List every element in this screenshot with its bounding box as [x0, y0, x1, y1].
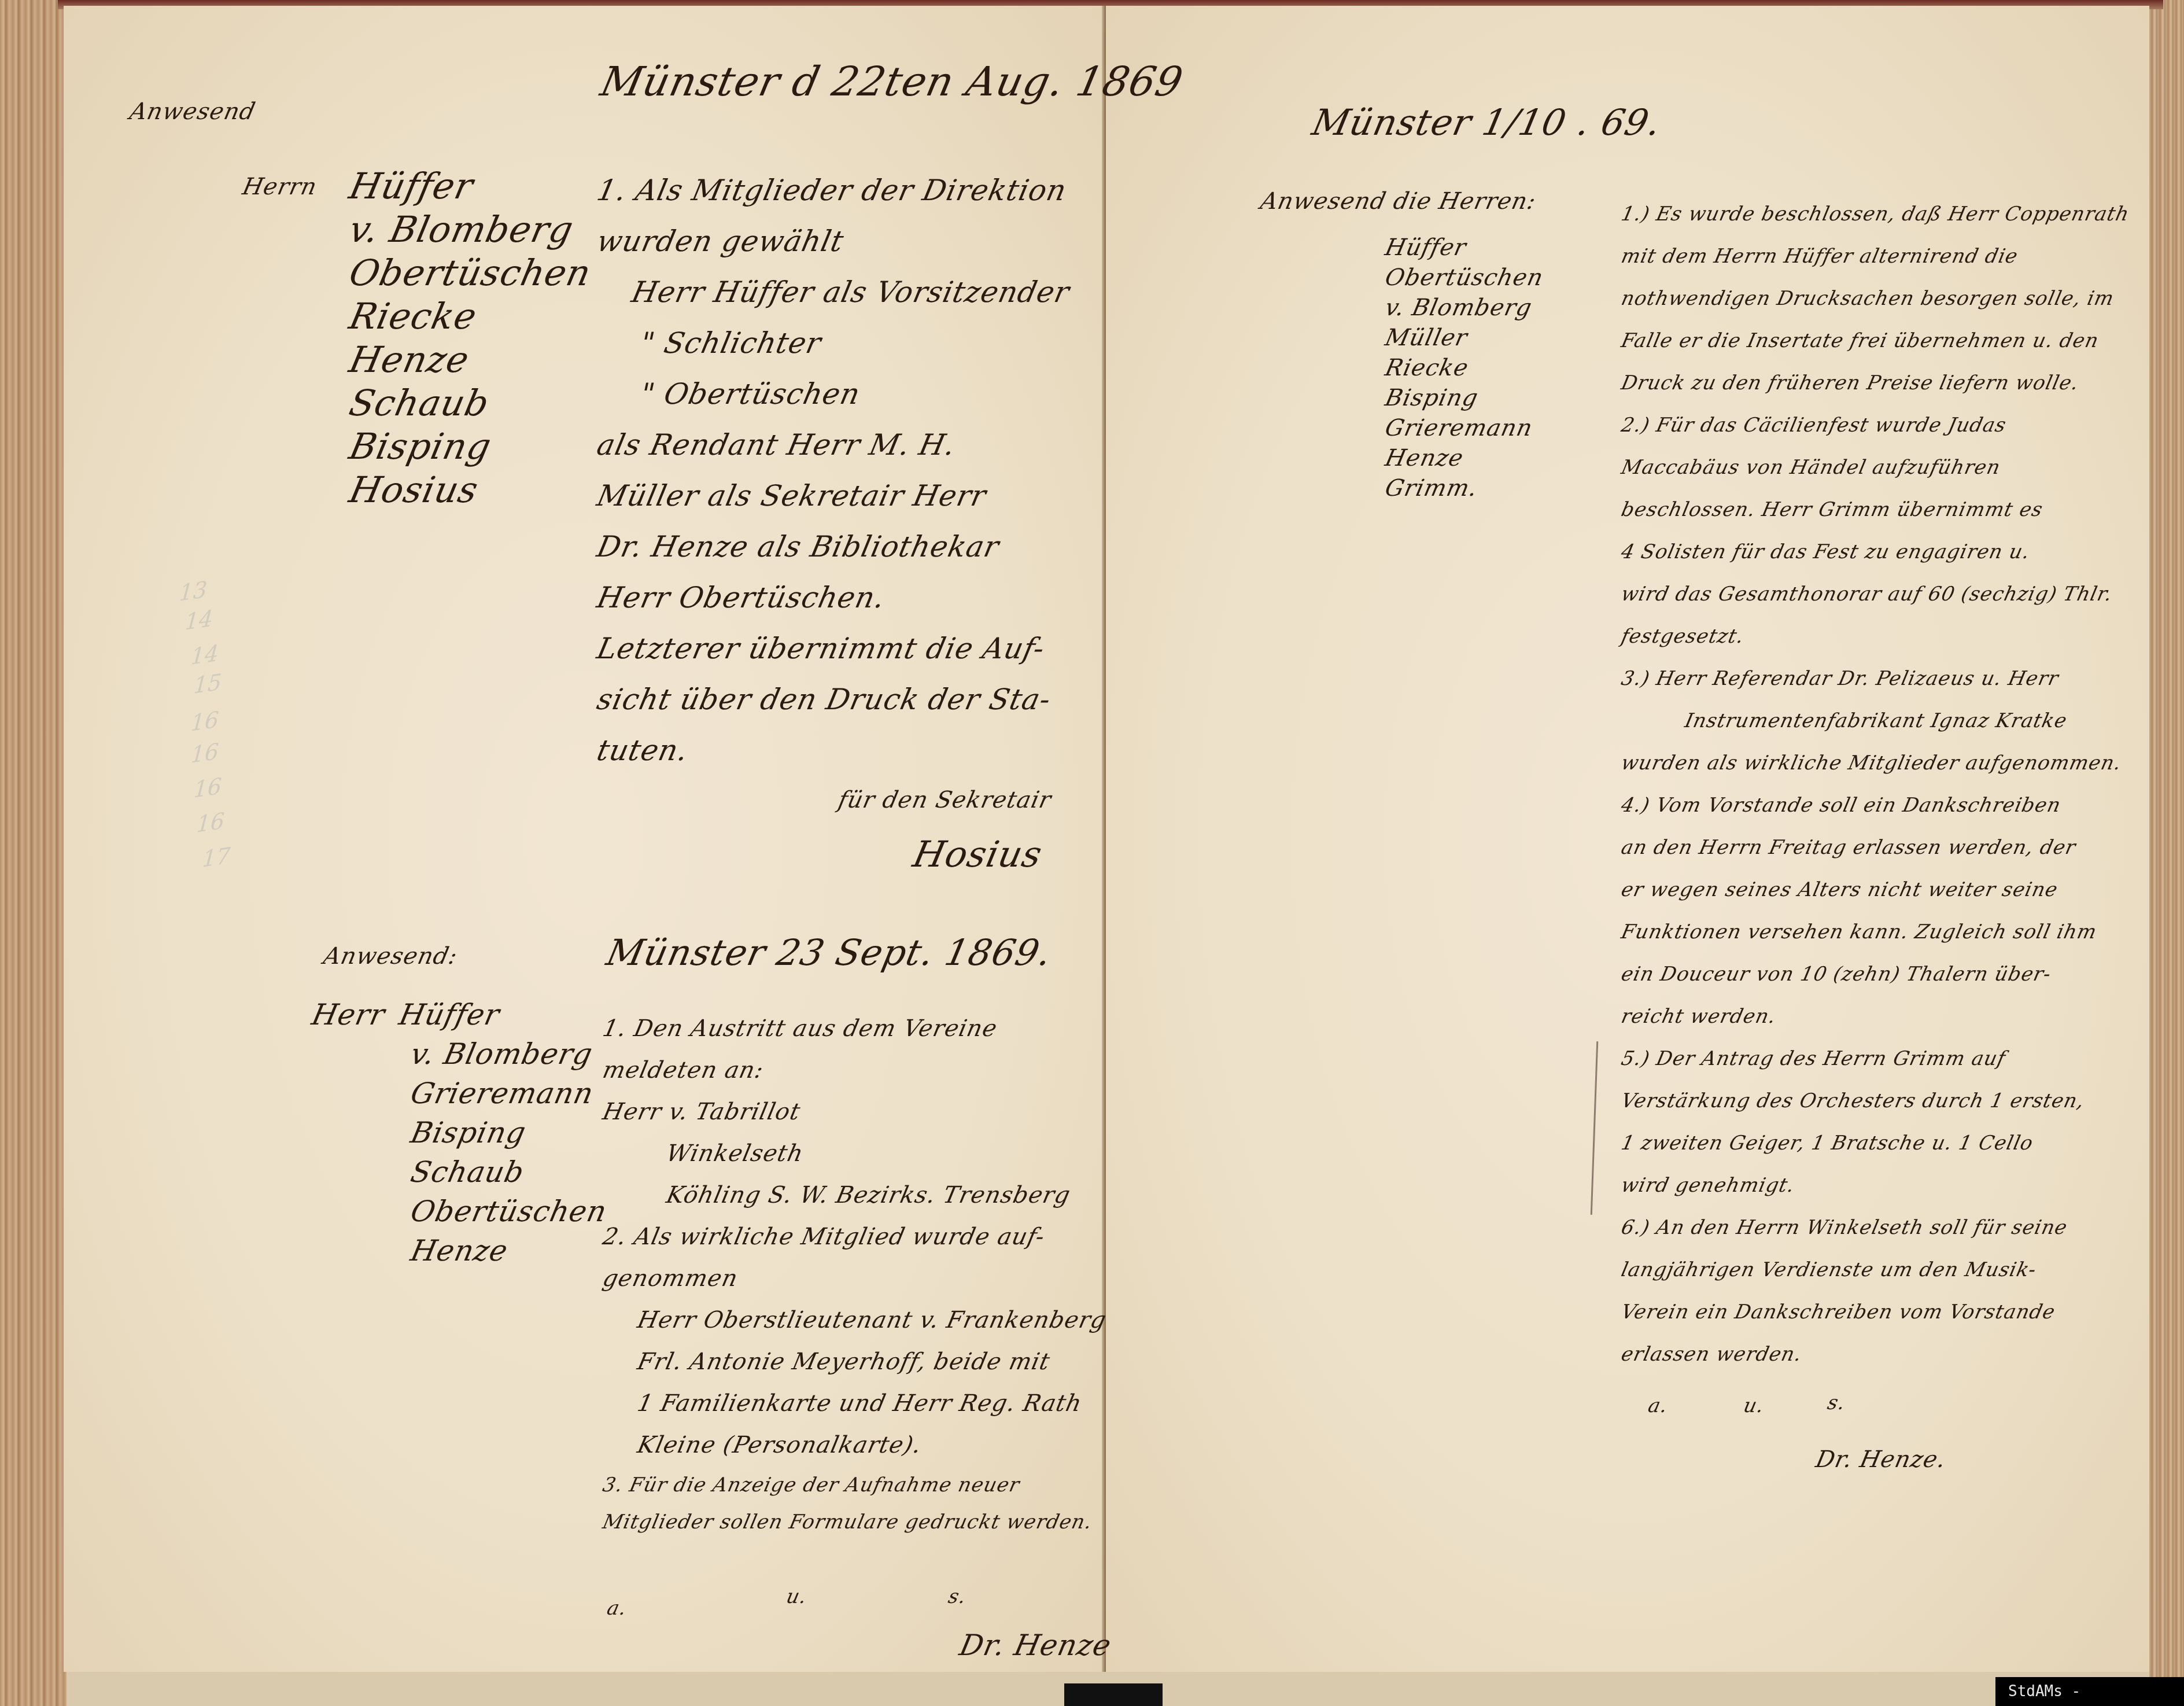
attendee: Müller [1382, 325, 1545, 355]
attendee: Obertüschen [345, 252, 595, 295]
entry-line: Herr v. Tabrillot [597, 1099, 1095, 1140]
entry-line: als Rendant Herr M. H. [591, 428, 1070, 479]
entry-line: an den Herrn Freitag erlassen werden, de… [1615, 836, 2131, 878]
entry-line: reicht werden. [1615, 1005, 2131, 1047]
entry-line: Köhling S. W. Bezirks. Trensberg [661, 1182, 1159, 1224]
attendee: Henze [1382, 445, 1545, 475]
attendee-list: Hüffer v. Blomberg Grieremann Bisping Sc… [399, 998, 594, 1273]
attendance-heading: Anwesend [127, 98, 258, 125]
entry-line: nothwendigen Drucksachen besorgen solle,… [1615, 287, 2131, 329]
attendee: Riecke [1382, 355, 1545, 385]
pencil-mark: 13 [179, 576, 208, 606]
attendee: Obertüschen [1382, 264, 1545, 294]
attendee: Schaub [407, 1155, 610, 1195]
gutter-shadow [1064, 1683, 1163, 1706]
pencil-mark: 16 [190, 738, 220, 768]
attendee: Hosius [345, 469, 595, 512]
archive-label: StdAMs - MV_002a_136 [1995, 1677, 2184, 1706]
attendee: v. Blomberg [407, 1037, 610, 1077]
entry-line: erlassen werden. [1615, 1343, 2131, 1385]
entry-line: Herr Oberstlieutenant v. Frankenberg [632, 1307, 1130, 1348]
attendee: Hüffer [1382, 234, 1545, 264]
book-spread: 13 14 14 15 16 16 16 16 17 Anwesend Herr… [0, 0, 2184, 1706]
attendee-list: Hüffer v. Blomberg Obertüschen Riecke He… [350, 165, 591, 512]
entry-line: Funktionen versehen kann. Zugleich soll … [1615, 920, 2131, 963]
attendee: Henze [345, 338, 595, 382]
entry-line: genommen [597, 1265, 1095, 1307]
entry-body: 1.) Es wurde beschlossen, daß Herr Coppe… [1619, 202, 2127, 1385]
entry-line: Herr Hüffer als Vorsitzender [625, 275, 1105, 326]
entry-line: ein Douceur von 10 (zehn) Thalern über- [1615, 963, 2131, 1005]
entry-line: 2.) Für das Cäcilienfest wurde Judas [1615, 414, 2131, 456]
entry-line: Verstärkung des Orchesters durch 1 erste… [1615, 1089, 2131, 1132]
attendee: Bisping [1382, 385, 1545, 415]
entry-line: wurden als wirkliche Mitglieder aufgenom… [1615, 751, 2131, 794]
entry-line: " Obertüschen [634, 377, 1113, 428]
attendee-list: Hüffer Obertüschen v. Blomberg Müller Ri… [1385, 234, 1543, 505]
attendee: Bisping [407, 1116, 610, 1155]
entry-line: Frl. Antonie Meyerhoff, beide mit [632, 1348, 1130, 1390]
entry-line: wird genehmigt. [1615, 1174, 2131, 1216]
entry-date-heading: Münster 1/10 . 69. [1308, 101, 1665, 143]
entry-line: er wegen seines Alters nicht weiter sein… [1615, 878, 2131, 920]
attendance-heading: Anwesend die Herren: [1258, 188, 1539, 215]
pencil-mark: 14 [185, 605, 214, 635]
pencil-mark: 17 [202, 842, 231, 872]
entry-line: mit dem Herrn Hüffer alternirend die [1615, 245, 2131, 287]
entry-line: meldeten an: [597, 1057, 1095, 1099]
attendee: v. Blomberg [345, 208, 595, 252]
entry-line: 1 zweiten Geiger, 1 Bratsche u. 1 Cello [1615, 1132, 2131, 1174]
pencil-mark: 15 [193, 669, 223, 699]
entry-line: 3.) Herr Referendar Dr. Pelizaeus u. Her… [1615, 667, 2131, 709]
right-page-edges [2149, 0, 2184, 1678]
entry-line: " Schlichter [634, 326, 1113, 377]
attendance-heading: Anwesend: [321, 943, 460, 970]
entry-line: Winkelseth [661, 1140, 1159, 1182]
signature: Dr. Henze [957, 1628, 1115, 1662]
pencil-mark: 16 [190, 706, 220, 736]
entry-line: tuten. [591, 734, 1070, 784]
entry-line: Herr Obertüschen. [591, 581, 1070, 632]
attendee: Grieremann [407, 1077, 610, 1116]
entry-date-heading: Münster d 22ten Aug. 1869 [596, 58, 1187, 105]
entry-date-heading: Münster 23 Sept. 1869. [603, 931, 1056, 974]
entry-line: Letzterer übernimmt die Auf- [591, 632, 1070, 683]
entry-line: 1 Familienkarte und Herr Reg. Rath [632, 1390, 1130, 1432]
entry-line: Kleine (Personalkarte). [632, 1432, 1130, 1473]
entry-line: 3. Für die Anzeige der Aufnahme neuer [597, 1473, 1094, 1510]
left-page-edges [0, 0, 67, 1706]
attendee: Bisping [345, 425, 595, 469]
attendee: Hüffer [345, 165, 595, 208]
attendee: Obertüschen [407, 1195, 610, 1234]
entry-line: 1. Als Mitglieder der Direktion [591, 174, 1070, 224]
entry-line: 4.) Vom Vorstande soll ein Dankschreiben [1615, 794, 2131, 836]
entry-body: 1. Als Mitglieder der Direktion wurden g… [596, 174, 1064, 784]
attendee: Grimm. [1382, 475, 1545, 505]
closing-line: für den Sekretair [836, 787, 1054, 813]
attendee: Riecke [345, 295, 595, 338]
entry-line: langjährigen Verdienste um den Musik- [1615, 1258, 2131, 1300]
entry-line: beschlossen. Herr Grimm übernimmt es [1615, 498, 2131, 540]
attendee: Henze [407, 1234, 610, 1273]
entry-line: 6.) An den Herrn Winkelseth soll für sei… [1615, 1216, 2131, 1258]
signature: Hosius [909, 833, 1046, 875]
entry-line: Verein ein Dankschreiben vom Vorstande [1615, 1300, 2131, 1343]
attendee: Hüffer [395, 998, 599, 1037]
pencil-mark: 14 [190, 640, 220, 670]
entry-body: 1. Den Austritt aus dem Vereine meldeten… [602, 1015, 1090, 1547]
entry-line: sicht über den Druck der Sta- [591, 683, 1070, 734]
attendee: Schaub [345, 382, 595, 425]
attendee: v. Blomberg [1382, 294, 1545, 325]
entry-line: Maccabäus von Händel aufzuführen [1615, 456, 2131, 498]
signature: Dr. Henze. [1813, 1446, 1949, 1473]
entry-line: wurden gewählt [591, 224, 1070, 275]
attendees-prefix: Herrn [240, 174, 319, 200]
entry-line: 2. Als wirkliche Mitglied wurde auf- [597, 1224, 1095, 1265]
entry-line: 5.) Der Antrag des Herrn Grimm auf [1615, 1047, 2131, 1089]
attendees-prefix: Herr [309, 998, 388, 1031]
entry-line: wird das Gesamthonorar auf 60 (sechzig) … [1615, 583, 2131, 625]
entry-line: 4 Solisten für das Fest zu engagiren u. [1615, 540, 2131, 583]
entry-line: Instrumentenfabrikant Ignaz Kratke [1678, 709, 2184, 751]
entry-line: festgesetzt. [1615, 625, 2131, 667]
entry-line: Mitglieder sollen Formulare gedruckt wer… [597, 1510, 1094, 1547]
pencil-mark: 16 [196, 808, 226, 838]
pencil-mark: 16 [193, 773, 223, 803]
attendee: Grieremann [1382, 415, 1545, 445]
entry-line: Dr. Henze als Bibliothekar [591, 530, 1070, 581]
entry-line: Müller als Sekretair Herr [591, 479, 1070, 530]
entry-line: Falle er die Insertate frei übernehmen u… [1615, 329, 2131, 371]
entry-line: Druck zu den früheren Preise liefern wol… [1615, 371, 2131, 414]
entry-line: 1. Den Austritt aus dem Vereine [597, 1015, 1095, 1057]
entry-line: 1.) Es wurde beschlossen, daß Herr Coppe… [1615, 202, 2131, 245]
